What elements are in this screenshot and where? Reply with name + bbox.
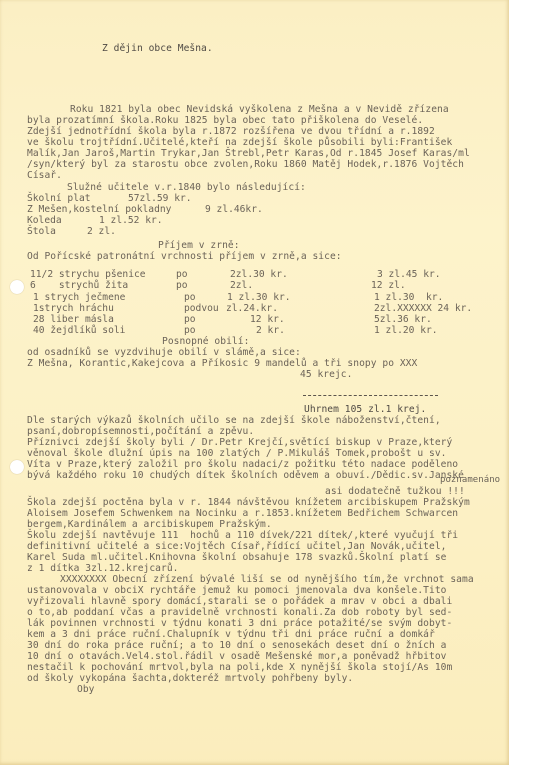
punch-hole <box>10 280 24 294</box>
grain-intro: Od Pořícské patronátní vrchnosti příjem … <box>27 251 342 262</box>
sum-divider-line <box>303 395 438 396</box>
document-title: Z dějin obce Mešna. <box>102 43 213 54</box>
scanned-paper-page: Z dějin obce Mešna. Roku 1821 byla obec … <box>0 0 509 765</box>
harvest-total: Uhrnem 105 zl.1 krej. <box>304 404 426 415</box>
harvest-heading: Posnopné obilí: <box>162 336 249 347</box>
grain-heading: Příjem v zrně: <box>158 240 240 251</box>
trailing-word: Oby <box>77 684 94 695</box>
punch-hole <box>10 460 24 474</box>
salary-heading: Služné učitele v.r.1840 bylo následující… <box>67 182 306 193</box>
